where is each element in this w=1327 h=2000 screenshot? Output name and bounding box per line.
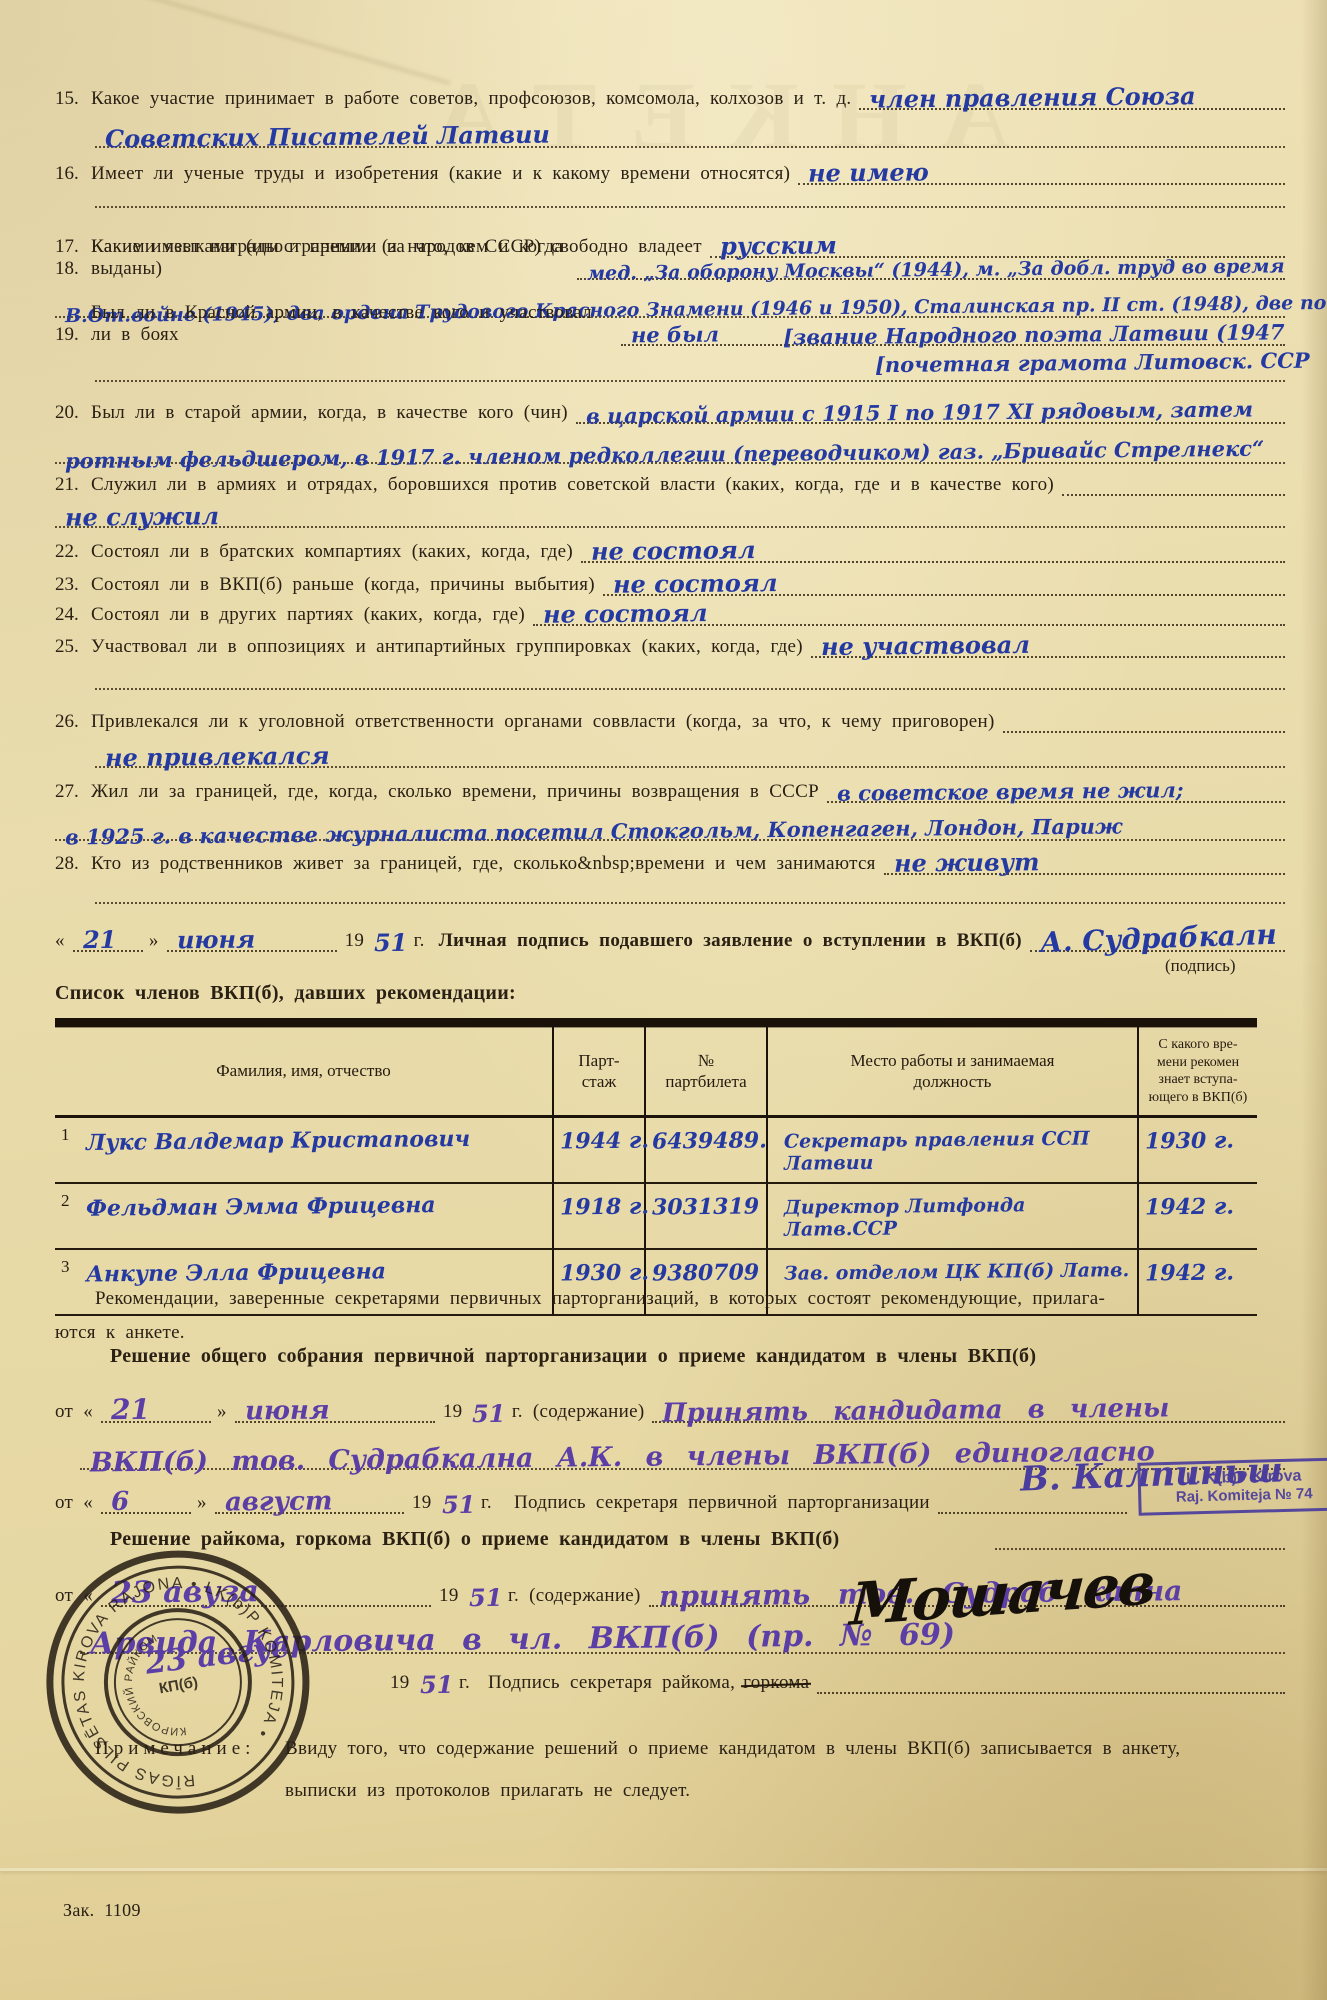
handwritten-answer: Советских Писателей Латвии	[95, 123, 550, 152]
question-text: Участвовал ли в оппозициях и антипартийн…	[91, 636, 803, 658]
day-field: 21	[73, 925, 143, 952]
handwritten-since: 1942 г.	[1145, 1196, 1234, 1219]
question-15-line2: Советских Писателей Латвии	[95, 112, 1285, 148]
blank-rule	[95, 176, 1285, 208]
question-19: 19. Был ли в Красной армии, в качестве к…	[55, 316, 1285, 346]
question-26: 26. Привлекался ли к уголовной ответстве…	[55, 703, 1285, 733]
handwritten-year: 51	[431, 1493, 475, 1517]
soderzhanie-label: г. (содержание)	[508, 1585, 641, 1607]
note-label: Примечание:	[95, 1738, 255, 1760]
col-header-work: Место работы и занимаемая должность	[768, 1027, 1139, 1115]
question-27-line2: в 1925 г. в качестве журналиста посетил …	[55, 805, 1285, 841]
year-suffix: г.	[459, 1672, 470, 1694]
signature-line: А. Судрабкалн	[1030, 922, 1285, 952]
day-field: 21	[101, 1393, 211, 1423]
secretary-label: Подпись секретаря первичной парторганиза…	[514, 1492, 930, 1514]
handwritten-month: август	[215, 1488, 333, 1515]
year-suffix: г.	[481, 1492, 492, 1514]
table-header-row: Фамилия, имя, отчество Парт- стаж № парт…	[55, 1027, 1257, 1118]
handwritten-work: Секретарь правления ССП Латвии	[774, 1128, 1131, 1175]
handwritten-stazh: 1944 г.	[560, 1130, 649, 1153]
question-20-line2: ротным фельдшером, в 1917 г. членом редк…	[55, 428, 1285, 464]
table-row: 2Фельдман Эмма Фрицевна 1918 г. 3031319 …	[55, 1184, 1257, 1250]
cell-name: 2Фельдман Эмма Фрицевна	[55, 1184, 554, 1250]
handwritten-name: Лукс Валдемар Кристапович	[75, 1128, 469, 1154]
recommenders-heading: Список членов ВКП(б), давших рекомендаци…	[55, 982, 516, 1005]
answer-line: член правления Союза	[859, 83, 1285, 110]
handwritten-name: Анкупе Элла Фрицевна	[75, 1260, 385, 1285]
handwritten-bilet: 6439489.	[652, 1129, 767, 1152]
question-24: 24. Состоял ли в других партиях (каких, …	[55, 596, 1285, 626]
recommenders-table: Фамилия, имя, отчество Парт- стаж № парт…	[55, 1018, 1257, 1316]
handwritten-stazh: 1930 г.	[560, 1262, 649, 1285]
handwritten-answer: не служил	[55, 504, 219, 530]
stamp-line2: Raj. Komiteja № 74	[1149, 1485, 1327, 1508]
cell-bilet: 3031319	[646, 1184, 768, 1250]
row-number: 2	[61, 1191, 70, 1210]
day-field: 6	[101, 1486, 191, 1514]
handwritten-answer: в 1925 г. в качестве журналиста посетил …	[55, 815, 1123, 847]
handwritten-day: 6	[101, 1489, 129, 1515]
question-text: Привлекался ли к уголовной ответственнос…	[91, 711, 995, 733]
question-number: 20.	[55, 402, 91, 424]
question-number: 28.	[55, 853, 91, 875]
handwritten-day: 21	[101, 1396, 150, 1425]
question-number: 19.	[55, 324, 91, 346]
year-prefix: 19	[345, 930, 365, 952]
handwritten-month: июня	[235, 1398, 330, 1425]
content-line: Принять кандидата в члены	[652, 1395, 1285, 1423]
cell-since: 1942 г.	[1139, 1184, 1257, 1250]
cell-work: Секретарь правления ССП Латвии	[768, 1118, 1139, 1184]
question-number: 15.	[55, 88, 91, 110]
table-top-bar	[55, 1018, 1257, 1027]
year-prefix: 19	[412, 1492, 432, 1514]
question-15: 15. Какое участие принимает в работе сов…	[55, 80, 1285, 110]
question-text: Состоял ли в братских компартиях (каких,…	[91, 541, 573, 563]
year-prefix: 19	[390, 1672, 410, 1694]
handwritten-year: 51	[409, 1673, 453, 1697]
rectangular-stamp: L. K(b)P Kirova Raj. Komiteja № 74	[1137, 1457, 1327, 1516]
meeting-decision-heading: Решение общего собрания первичной партор…	[110, 1345, 1036, 1368]
answer-line: в царской армии с 1915 I по 1917 XI рядо…	[576, 399, 1285, 424]
question-number: 25.	[55, 636, 91, 658]
question-18: 18. Какие имеет награды и премии (за что…	[55, 250, 1285, 280]
round-stamp-center-text: КП(б)	[158, 1674, 200, 1698]
meeting-date-line: от « 21 » июня 19 51 г. (содержание) При…	[55, 1385, 1285, 1423]
question-25: 25. Участвовал ли в оппозициях и антипар…	[55, 628, 1285, 658]
col-header-bilet: № партбилета	[646, 1027, 768, 1115]
scanned-document-page: АНКЕТА 15. Какое участие принимает в раб…	[0, 0, 1327, 2000]
month-field: июня	[235, 1395, 435, 1423]
answer-line: не состоял	[533, 599, 1285, 626]
handwritten-stazh: 1918 г.	[560, 1196, 649, 1219]
answer-line: не состоял	[603, 569, 1285, 596]
handwritten-year: 51	[462, 1402, 506, 1426]
handwritten-margin-note: [почетная грамота Литовск. ССР	[865, 350, 1310, 376]
table-row: 1Лукс Валдемар Кристапович 1944 г. 64394…	[55, 1118, 1257, 1184]
handwritten-answer: в царской армии с 1915 I по 1917 XI рядо…	[576, 398, 1253, 426]
question-number: 26.	[55, 711, 91, 733]
handwritten-answer: не участвовал	[811, 633, 1030, 659]
quote-open: «	[55, 930, 65, 952]
question-text: Состоял ли в ВКП(б) раньше (когда, причи…	[91, 574, 595, 596]
question-text: Какое участие принимает в работе советов…	[91, 88, 851, 110]
quote-close: »	[149, 930, 159, 952]
handwritten-answer: не состоял	[603, 571, 778, 597]
answer-line: не живут	[884, 848, 1285, 875]
recommendations-note-line1: Рекомендации, заверенные секретарями пер…	[95, 1288, 1285, 1310]
question-20: 20. Был ли в старой армии, когда, в каче…	[55, 394, 1285, 424]
blank-rule	[95, 658, 1285, 690]
quote-close: »	[197, 1492, 207, 1514]
question-number: 24.	[55, 604, 91, 626]
cell-stazh: 1918 г.	[554, 1184, 646, 1250]
question-text: Состоял ли в других партиях (каких, когд…	[91, 604, 525, 626]
question-22: 22. Состоял ли в братских компартиях (ка…	[55, 533, 1285, 563]
handwritten-answer: член правления Союза	[859, 84, 1196, 112]
question-19-line2: [почетная грамота Литовск. ССР	[95, 348, 1285, 382]
blank-rule	[95, 872, 1285, 904]
row-number: 1	[61, 1125, 70, 1144]
question-number: 16.	[55, 163, 91, 185]
question-26-line2: не привлекался	[95, 732, 1285, 768]
paper-crease	[0, 0, 450, 85]
question-text: Был ли в Красной армии, в качестве кого …	[91, 302, 613, 346]
cell-since: 1930 г.	[1139, 1118, 1257, 1184]
question-28: 28. Кто из родственников живет за границ…	[55, 845, 1285, 875]
year-prefix: 19	[439, 1585, 459, 1607]
gorkoma-struck: горкома	[743, 1672, 809, 1694]
heading-rule	[995, 1510, 1285, 1550]
year-suffix: г.	[414, 930, 425, 952]
handwritten-bilet: 9380709	[652, 1261, 759, 1284]
handwritten-answer: не состоял	[581, 538, 756, 564]
soderzhanie-label: г. (содержание)	[512, 1401, 645, 1423]
cell-stazh: 1944 г.	[554, 1118, 646, 1184]
note-line2: выписки из протоколов прилагать не следу…	[285, 1780, 690, 1802]
paper-crease	[0, 1868, 1327, 1871]
handwritten-answer: мед. „За оборону Москвы“ (1944), м. „За …	[577, 257, 1285, 283]
recommendations-note-line2: ются к анкете.	[55, 1322, 185, 1344]
col-header-stazh: Парт- стаж	[554, 1027, 646, 1115]
applicant-signature: А. Судрабкалн	[1029, 921, 1277, 958]
row-number: 3	[61, 1257, 70, 1276]
answer-line: в советское время не жил;	[827, 778, 1285, 803]
handwritten-bilet: 3031319	[652, 1195, 759, 1218]
handwritten-answer: в советское время не жил;	[827, 779, 1184, 804]
cell-work: Директор Литфонда Латв.ССР	[768, 1184, 1139, 1250]
month-field: август	[215, 1486, 404, 1514]
handwritten-answer: не состоял	[533, 601, 708, 627]
handwritten-content: ВКП(б) тов. Судрабкална А.К. в члены ВКП…	[80, 1438, 1155, 1476]
answer-line: не состоял	[581, 536, 1285, 563]
handwritten-since: 1942 г.	[1145, 1262, 1234, 1285]
handwritten-year: 51	[364, 931, 408, 955]
question-number: 27.	[55, 781, 91, 803]
signature-line	[817, 1692, 1285, 1694]
question-text: Жил ли за границей, где, когда, сколько …	[91, 781, 819, 803]
year-prefix: 19	[443, 1401, 463, 1423]
handwritten-content: Принять кандидата в члены	[652, 1395, 1170, 1426]
handwritten-since: 1930 г.	[1145, 1130, 1234, 1153]
question-27: 27. Жил ли за границей, где, когда, скол…	[55, 773, 1285, 803]
answer-line: мед. „За оборону Москвы“ (1944), м. „За …	[577, 258, 1285, 280]
print-order-number: Зак. 1109	[63, 1900, 141, 1921]
handwritten-margin-note: [звание Народного поэта Латвии (1947	[773, 321, 1285, 347]
handwritten-month: июня	[167, 928, 255, 953]
meeting-signature-line: от « 6 » август 19 51 г. Подпись секрета…	[55, 1478, 1127, 1514]
handwritten-year: 51	[459, 1586, 503, 1610]
handwritten-work: Зав. отделом ЦК КП(б) Латв.	[774, 1260, 1129, 1286]
month-field: июня	[167, 925, 337, 952]
podpis-caption: (подпись)	[1165, 956, 1236, 976]
col-header-name: Фамилия, имя, отчество	[55, 1027, 554, 1115]
ot-label: от «	[55, 1401, 93, 1423]
handwritten-answer: не привлекался	[95, 744, 330, 770]
handwritten-answer: не был	[620, 323, 718, 345]
declaration-line: « 21 » июня 19 51 г. Личная подпись пода…	[55, 918, 1285, 952]
answer-line: не был[звание Народного поэта Латвии (19…	[621, 321, 1285, 346]
secretary-label: Подпись секретаря райкома,	[488, 1672, 735, 1694]
question-text: Какие имеет награды и премии (за что, ке…	[91, 236, 569, 280]
raikom-signature-line: 19 51 г. Подпись секретаря райкома, горк…	[390, 1658, 1285, 1694]
declaration-label: Личная подпись подавшего заявление о вст…	[439, 930, 1022, 952]
question-21-line2: не служил	[55, 492, 1285, 528]
cell-name: 1Лукс Валдемар Кристапович	[55, 1118, 554, 1184]
handwritten-name: Фельдман Эмма Фрицевна	[75, 1194, 435, 1220]
question-23: 23. Состоял ли в ВКП(б) раньше (когда, п…	[55, 566, 1285, 596]
handwritten-day: 21	[73, 928, 117, 952]
handwritten-work: Директор Литфонда Латв.ССР	[774, 1194, 1131, 1241]
ot-label: от «	[55, 1492, 93, 1514]
col-header-since: С какого вре- мени рекомен знает вступа-…	[1139, 1027, 1257, 1115]
note-line1: Ввиду того, что содержание решений о при…	[285, 1738, 1285, 1760]
question-number: 22.	[55, 541, 91, 563]
question-text: Был ли в старой армии, когда, в качестве…	[91, 402, 568, 424]
question-number: 18.	[55, 258, 91, 280]
question-number: 23.	[55, 574, 91, 596]
cell-bilet: 6439489.	[646, 1118, 768, 1184]
quote-close: »	[217, 1401, 227, 1423]
answer-line: не участвовал	[811, 631, 1285, 658]
